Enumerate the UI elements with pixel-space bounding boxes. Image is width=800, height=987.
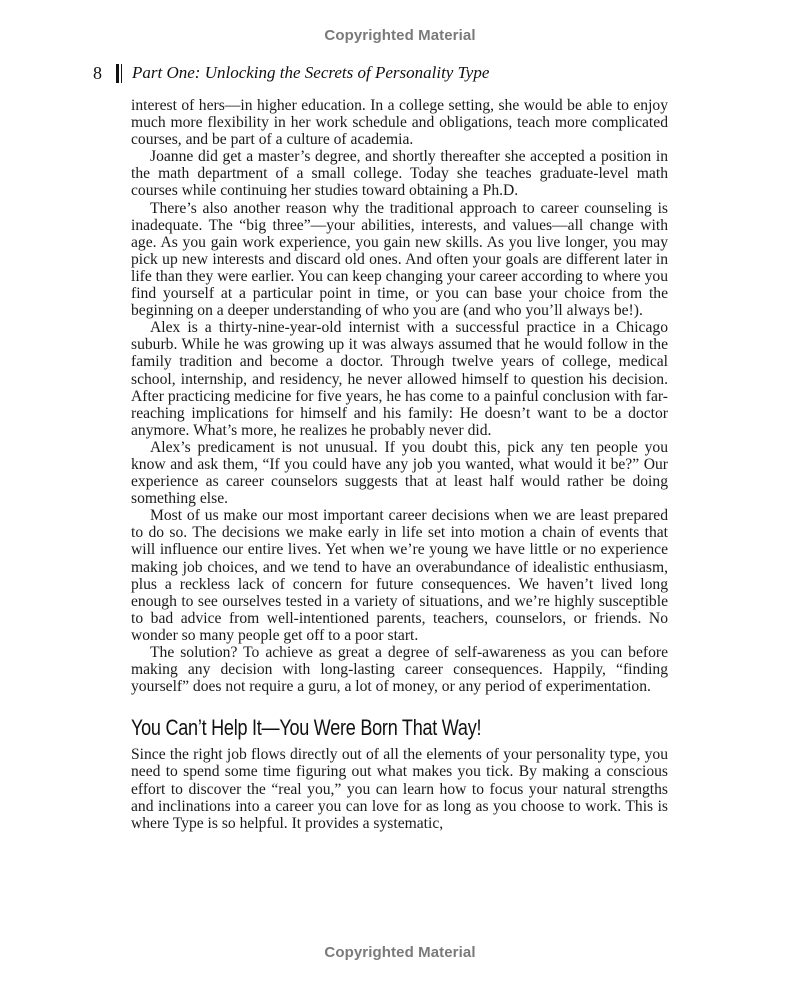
section-paragraph: Since the right job flows directly out o… (131, 746, 668, 831)
page-number: 8 (93, 63, 107, 84)
copyright-watermark-top: Copyrighted Material (0, 27, 800, 44)
copyright-watermark-bottom: Copyrighted Material (0, 944, 800, 961)
paragraph: Alex’s predicament is not unusual. If yo… (131, 439, 668, 507)
paragraph: There’s also another reason why the trad… (131, 200, 668, 320)
running-head-rule-icon (116, 64, 122, 83)
running-head-title: Part One: Unlocking the Secrets of Perso… (132, 63, 489, 83)
running-head: 8 Part One: Unlocking the Secrets of Per… (93, 62, 489, 84)
paragraph: Most of us make our most important caree… (131, 507, 668, 644)
section-heading: You Can’t Help It—You Were Born That Way… (131, 719, 571, 736)
paragraph: Joanne did get a master’s degree, and sh… (131, 148, 668, 199)
paragraph-continuation: interest of hers—in higher education. In… (131, 97, 668, 148)
paragraph: Alex is a thirty-nine-year-old internist… (131, 319, 668, 439)
page-body: interest of hers—in higher education. In… (131, 97, 668, 832)
paragraph: The solution? To achieve as great a degr… (131, 644, 668, 695)
